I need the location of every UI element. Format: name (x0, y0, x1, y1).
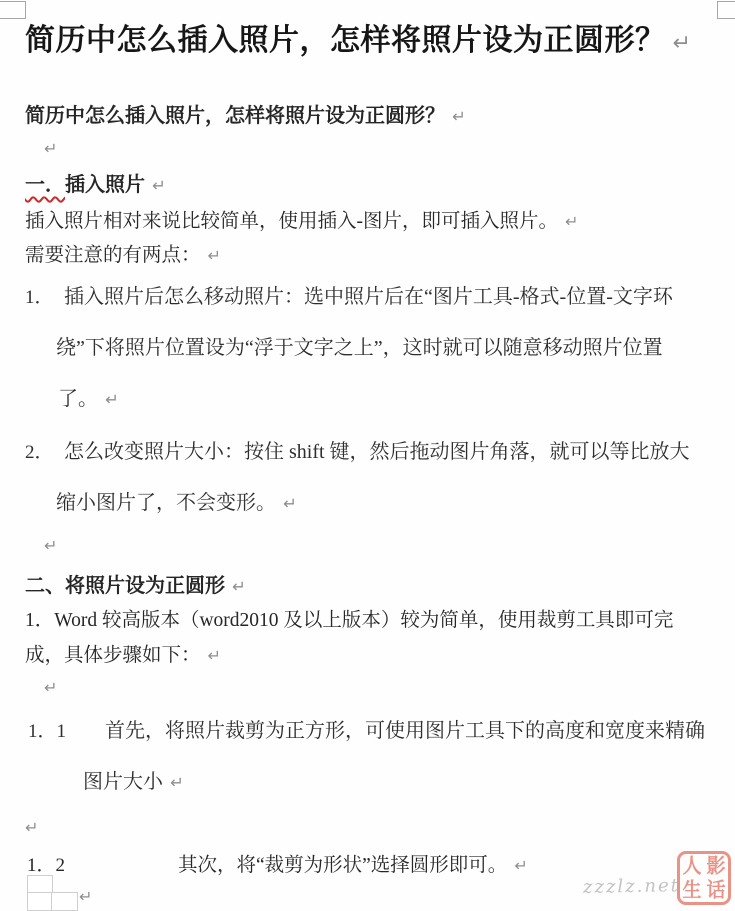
step-1-1-line1: 首先，将照片裁剪为正方形，可使用图片工具下的高度和宽度来精确 (105, 720, 705, 743)
list-item-1-line3: 了。↵ (58, 388, 119, 411)
paragraph-3-line2: 成，具体步骤如下：↵ (25, 645, 221, 667)
paragraph-mark-icon: ↵ (673, 30, 691, 55)
paragraph-mark-icon: ↵ (79, 889, 92, 907)
stamp-char: 影 (706, 856, 725, 876)
paragraph-mark-icon: ↵ (208, 648, 221, 665)
paragraph-mark-icon: ↵ (152, 177, 166, 195)
paragraph-2: 需要注意的有两点：↵ (25, 245, 221, 267)
list-item-1-line2: 绕”下将照片位置设为“浮于文字之上”，这时就可以随意移动照片位置 (56, 337, 663, 360)
paragraph-3-line2-text: 成，具体步骤如下： (25, 645, 201, 666)
section2-heading: 二、将照片设为正圆形↵ (25, 575, 246, 598)
document-subtitle: 简历中怎么插入照片，怎样将照片设为正圆形？↵ (25, 105, 466, 128)
section1-heading: 一．插入照片↵ (25, 174, 166, 197)
list-item-1-number: 1． (25, 287, 54, 309)
heading1-text: 插入照片 (65, 174, 145, 196)
heading1-number: 一． (25, 174, 65, 196)
stamp-char: 话 (706, 880, 725, 900)
subtitle-text: 简历中怎么插入照片，怎样将照片设为正圆形？ (25, 105, 445, 127)
paragraph-mark-icon: ↵ (44, 538, 57, 556)
stamp-char: 生 (682, 880, 701, 900)
table-cell (51, 892, 78, 911)
list-item-2-line2: 缩小图片了，不会变形。↵ (56, 492, 297, 515)
document-title: 简历中怎么插入照片，怎样将照片设为正圆形？↵ (25, 24, 691, 59)
table-cell (27, 892, 53, 911)
page-margin-mark-top-right (717, 1, 735, 19)
paragraph-mark-icon: ↵ (25, 820, 38, 838)
list-item-2-line2-text: 缩小图片了，不会变形。 (56, 492, 276, 514)
list-item-2-number: 2． (25, 442, 54, 464)
paragraph-mark-icon: ↵ (44, 680, 57, 698)
red-seal-stamp-icon: 人 影 生 话 (677, 851, 731, 905)
title-text: 简历中怎么插入照片，怎样将照片设为正圆形？ (25, 24, 666, 57)
paragraph-3-line1: 1．Word 较高版本（word2010 及以上版本）较为简单，使用裁剪工具即可… (25, 610, 673, 632)
heading2-text: 二、将照片设为正圆形 (25, 575, 225, 597)
paragraph-2-text: 需要注意的有两点： (25, 245, 201, 266)
step-1-2-line: 其次，将“裁剪为形状”选择圆形即可。↵ (178, 855, 528, 877)
paragraph-mark-icon: ↵ (232, 578, 246, 596)
step-1-2-text: 其次，将“裁剪为形状”选择圆形即可。 (178, 855, 507, 876)
paragraph-mark-icon: ↵ (208, 248, 221, 265)
paragraph-mark-icon: ↵ (514, 858, 527, 875)
paragraph-mark-icon: ↵ (170, 774, 184, 792)
step-1-1-line2: 图片大小↵ (83, 771, 184, 794)
watermark-text: zzzlz.net (583, 875, 680, 898)
paragraph-mark-icon: ↵ (565, 214, 578, 231)
stamp-char: 人 (682, 856, 701, 876)
list-item-1-line1: 插入照片后怎么移动照片：选中照片后在“图片工具-格式-位置-文字环 (64, 286, 673, 309)
paragraph-1-text: 插入照片相对来说比较简单，使用插入-图片，即可插入照片。 (25, 211, 558, 232)
list-item-2-line1: 怎么改变照片大小：按住 shift 键，然后拖动图片角落，就可以等比放大 (64, 441, 690, 464)
paragraph-mark-icon: ↵ (44, 141, 57, 159)
document-page: 简历中怎么插入照片，怎样将照片设为正圆形？↵ 简历中怎么插入照片，怎样将照片设为… (0, 0, 735, 911)
paragraph-mark-icon: ↵ (105, 391, 119, 409)
step-1-1-line2-text: 图片大小 (83, 771, 163, 793)
paragraph-1: 插入照片相对来说比较简单，使用插入-图片，即可插入照片。↵ (25, 211, 578, 233)
step-1-1-number: 1．1 (28, 721, 66, 743)
paragraph-mark-icon: ↵ (283, 495, 297, 513)
list-item-1-line3-text: 了。 (58, 388, 98, 410)
step-1-2-number: 1．2 (27, 855, 65, 877)
page-margin-mark-top-left (0, 1, 26, 19)
paragraph-mark-icon: ↵ (452, 108, 466, 126)
